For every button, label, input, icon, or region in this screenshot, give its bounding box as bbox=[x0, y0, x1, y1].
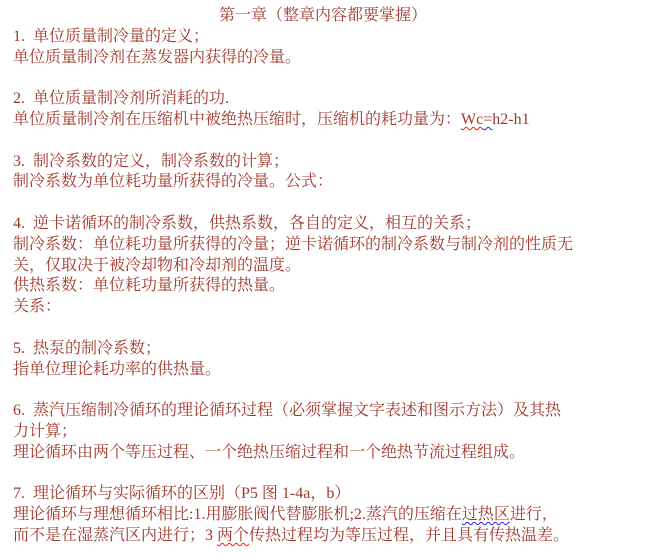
document-line: 而不是在湿蒸汽区内进行；3 两个传热过程均为等压过程，并且具有传热温差。 bbox=[13, 526, 633, 547]
text-run: 3. 制冷系数的定义，制冷系数的计算； bbox=[13, 153, 289, 170]
text-run: 第一章（整章内容都要掌握） bbox=[219, 7, 427, 24]
blank-line bbox=[13, 380, 633, 401]
text-run: 关系： bbox=[13, 298, 61, 315]
document-line: 力计算； bbox=[13, 422, 633, 443]
document-line: 制冷系数为单位耗功量所获得的冷量。公式： bbox=[13, 172, 633, 193]
document-line: 关，仅取决于被冷却物和冷却剂的温度。 bbox=[13, 256, 633, 277]
text-run: 供热系数：单位耗功量所获得的热量。 bbox=[13, 277, 285, 294]
text-run: 理论循环由两个等压过程、一个绝热压缩过程和一个绝热节流过程组成。 bbox=[13, 444, 525, 461]
text-run: h2-h1 bbox=[492, 111, 529, 128]
text-run: 7. 理论循环与实际循环的区别（P5 图 1-4a，b） bbox=[13, 485, 350, 502]
text-run: 指单位理论耗功率的供热量。 bbox=[13, 361, 221, 378]
text-run: 理论循环与理想循环相比:1.用膨胀阀代替膨胀机;2.蒸汽的压缩在 bbox=[13, 506, 462, 523]
text-run: 单位质量制冷剂在压缩机中被绝热压缩时，压缩机的耗功量为： bbox=[13, 111, 461, 128]
document-line: 理论循环与理想循环相比:1.用膨胀阀代替膨胀机;2.蒸汽的压缩在过热区进行， bbox=[13, 505, 633, 526]
text-run: 2. 单位质量制冷剂所消耗的功. bbox=[13, 90, 229, 107]
proofing-marked-text: = bbox=[483, 111, 492, 128]
document-line: 2. 单位质量制冷剂所消耗的功. bbox=[13, 89, 633, 110]
text-run: 进行， bbox=[510, 506, 558, 523]
proofing-marked-text: 过热区 bbox=[462, 506, 510, 523]
document-line: 关系： bbox=[13, 297, 633, 318]
document-line: 制冷系数：单位耗功量所获得的冷量；逆卡诺循环的制冷系数与制冷剂的性质无 bbox=[13, 235, 633, 256]
blank-line bbox=[13, 464, 633, 485]
proofing-marked-text: Wc bbox=[461, 111, 483, 128]
blank-line bbox=[13, 318, 633, 339]
document-line: 7. 理论循环与实际循环的区别（P5 图 1-4a，b） bbox=[13, 484, 633, 505]
text-run: 制冷系数为单位耗功量所获得的冷量。公式： bbox=[13, 173, 333, 190]
text-run: 1. 单位质量制冷量的定义； bbox=[13, 28, 209, 45]
text-run: 6. 蒸汽压缩制冷循环的理论循环过程（必须掌握文字表述和图示方法）及其热 bbox=[13, 402, 561, 419]
document-line: 5. 热泵的制冷系数； bbox=[13, 339, 633, 360]
blank-line bbox=[13, 193, 633, 214]
text-run: 4. 逆卡诺循环的制冷系数，供热系数，各自的定义，相互的关系； bbox=[13, 215, 481, 232]
document-line: 4. 逆卡诺循环的制冷系数，供热系数，各自的定义，相互的关系； bbox=[13, 214, 633, 235]
document-line: 单位质量制冷剂在蒸发器内获得的冷量。 bbox=[13, 48, 633, 69]
proofing-marked-text: 两个 bbox=[217, 527, 249, 544]
text-run: 关，仅取决于被冷却物和冷却剂的温度。 bbox=[13, 257, 301, 274]
text-run: 制冷系数：单位耗功量所获得的冷量；逆卡诺循环的制冷系数与制冷剂的性质无 bbox=[13, 236, 573, 253]
document-line: 1. 单位质量制冷量的定义； bbox=[13, 27, 633, 48]
document-line: 6. 蒸汽压缩制冷循环的理论循环过程（必须掌握文字表述和图示方法）及其热 bbox=[13, 401, 633, 422]
document-line: 单位质量制冷剂在压缩机中被绝热压缩时，压缩机的耗功量为：Wc=h2-h1 bbox=[13, 110, 633, 131]
blank-line bbox=[13, 131, 633, 152]
document-page: 第一章（整章内容都要掌握）1. 单位质量制冷量的定义；单位质量制冷剂在蒸发器内获… bbox=[0, 0, 645, 553]
document-line: 供热系数：单位耗功量所获得的热量。 bbox=[13, 276, 633, 297]
text-run: 5. 热泵的制冷系数； bbox=[13, 340, 161, 357]
text-run: 力计算； bbox=[13, 423, 77, 440]
blank-line bbox=[13, 68, 633, 89]
document-title: 第一章（整章内容都要掌握） bbox=[13, 6, 633, 27]
document-line: 指单位理论耗功率的供热量。 bbox=[13, 360, 633, 381]
document-line: 理论循环由两个等压过程、一个绝热压缩过程和一个绝热节流过程组成。 bbox=[13, 443, 633, 464]
text-run: 传热过程均为等压过程，并且具有传热温差。 bbox=[249, 527, 569, 544]
text-run: 单位质量制冷剂在蒸发器内获得的冷量。 bbox=[13, 49, 301, 66]
text-run: 而不是在湿蒸汽区内进行；3 bbox=[13, 527, 217, 544]
document-line: 3. 制冷系数的定义，制冷系数的计算； bbox=[13, 152, 633, 173]
